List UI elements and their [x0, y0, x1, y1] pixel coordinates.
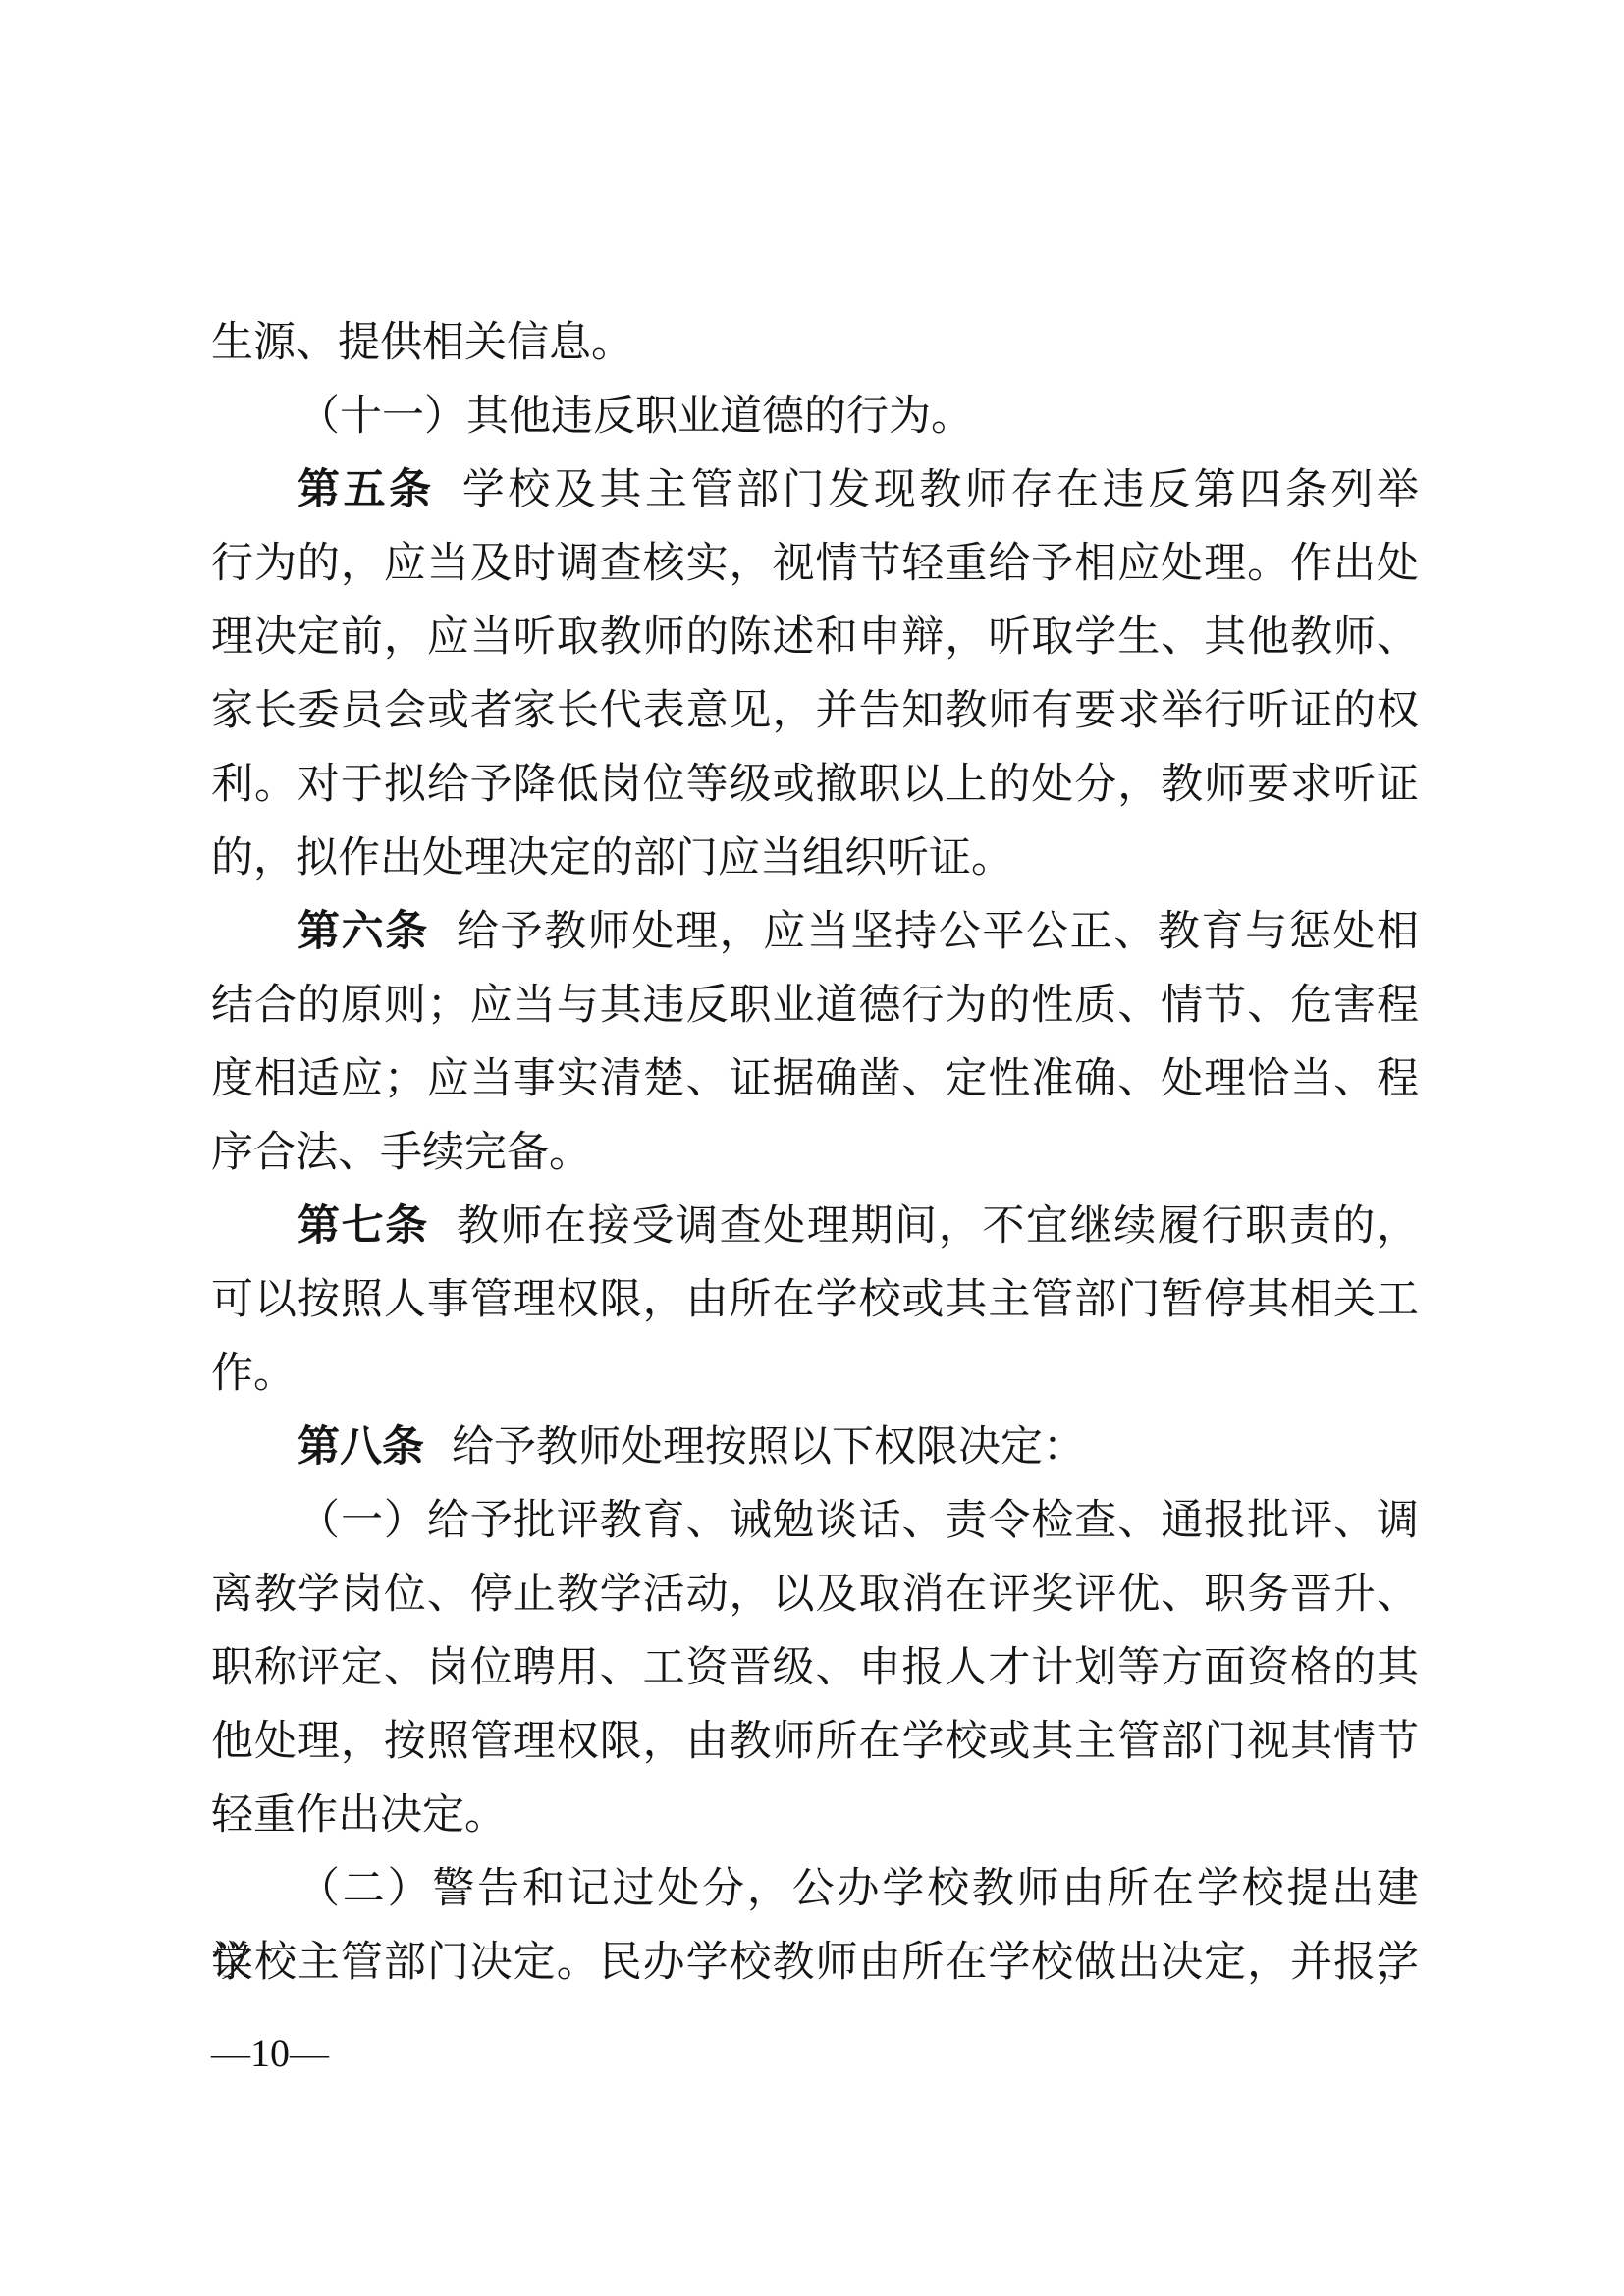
line-text: 离教学岗位、停止教学活动，以及取消在评奖评优、职务晋升、: [211, 1572, 1419, 1618]
line-text: 轻重作出决定。: [211, 1792, 507, 1839]
line-text: 度相适应；应当事实清楚、证据确凿、定性准确、处理恰当、程: [211, 1056, 1419, 1102]
text-line: 第八条给予教师处理按照以下权限决定：: [211, 1411, 1419, 1484]
line-text: 职称评定、岗位聘用、工资晋级、申报人才计划等方面资格的其: [211, 1645, 1419, 1691]
text-line: （二）警告和记过处分，公办学校教师由所在学校提出建议，: [211, 1852, 1419, 1926]
text-line: 离教学岗位、停止教学活动，以及取消在评奖评优、职务晋升、: [211, 1558, 1419, 1631]
text-line: （一）给予批评教育、诫勉谈话、责令检查、通报批评、调: [211, 1484, 1419, 1558]
text-line: 结合的原则；应当与其违反职业道德行为的性质、情节、危害程: [211, 969, 1419, 1042]
document-page: 生源、提供相关信息。 （十一）其他违反职业道德的行为。 第五条学校及其主管部门发…: [0, 0, 1624, 2296]
text-line: 第七条教师在接受调查处理期间，不宜继续履行职责的，: [211, 1190, 1419, 1263]
text-line: 家长委员会或者家长代表意见，并告知教师有要求举行听证的权: [211, 674, 1419, 748]
article-number: 第五条: [298, 467, 435, 513]
line-text: 教师在接受调查处理期间，不宜继续履行职责的，: [457, 1203, 1419, 1250]
line-text: （一）给予批评教育、诫勉谈话、责令检查、通报批评、调: [298, 1498, 1419, 1544]
article-number: 第八条: [298, 1424, 424, 1470]
line-text: 序合法、手续完备。: [211, 1130, 591, 1176]
text-line: 序合法、手续完备。: [211, 1116, 1419, 1190]
line-text: 学校主管部门决定。民办学校教师由所在学校做出决定，并报学: [211, 1940, 1419, 1986]
line-text: 给予教师处理按照以下权限决定：: [452, 1424, 1085, 1470]
text-line: 作。: [211, 1337, 1419, 1411]
line-text: 可以按照人事管理权限，由所在学校或其主管部门暂停其相关工: [211, 1277, 1419, 1323]
line-text: 利。对于拟给予降低岗位等级或撤职以上的处分，教师要求听证: [211, 762, 1419, 808]
line-text: 他处理，按照管理权限，由教师所在学校或其主管部门视其情节: [211, 1719, 1419, 1765]
line-text: 的，拟作出处理决定的部门应当组织听证。: [211, 835, 1013, 881]
text-line: 的，拟作出处理决定的部门应当组织听证。: [211, 822, 1419, 895]
text-line: 度相适应；应当事实清楚、证据确凿、定性准确、处理恰当、程: [211, 1042, 1419, 1116]
text-line: （十一）其他违反职业道德的行为。: [211, 380, 1419, 454]
text-line: 第六条给予教师处理，应当坚持公平公正、教育与惩处相: [211, 895, 1419, 969]
text-line: 行为的，应当及时调查核实，视情节轻重给予相应处理。作出处: [211, 527, 1419, 601]
line-text: 学校及其主管部门发现教师存在违反第四条列举: [462, 467, 1419, 513]
text-line: 学校主管部门决定。民办学校教师由所在学校做出决定，并报学: [211, 1926, 1419, 2000]
text-line: 可以按照人事管理权限，由所在学校或其主管部门暂停其相关工: [211, 1263, 1419, 1337]
text-line: 生源、提供相关信息。: [211, 306, 1419, 380]
line-text: 结合的原则；应当与其违反职业道德行为的性质、情节、危害程: [211, 983, 1419, 1029]
article-number: 第七条: [298, 1203, 429, 1250]
line-text: 生源、提供相关信息。: [211, 320, 633, 366]
line-text: 行为的，应当及时调查核实，视情节轻重给予相应处理。作出处: [211, 541, 1419, 587]
article-number: 第六条: [298, 909, 429, 955]
line-text: 作。: [211, 1351, 296, 1397]
text-line: 第五条学校及其主管部门发现教师存在违反第四条列举: [211, 454, 1419, 527]
line-text: 家长委员会或者家长代表意见，并告知教师有要求举行听证的权: [211, 688, 1419, 734]
text-line: 利。对于拟给予降低岗位等级或撤职以上的处分，教师要求听证: [211, 748, 1419, 822]
text-line: 他处理，按照管理权限，由教师所在学校或其主管部门视其情节: [211, 1705, 1419, 1779]
line-text: 理决定前，应当听取教师的陈述和申辩，听取学生、其他教师、: [211, 614, 1419, 661]
line-text: （十一）其他违反职业道德的行为。: [298, 394, 973, 440]
page-number: —10—: [211, 2024, 329, 2083]
document-body: 生源、提供相关信息。 （十一）其他违反职业道德的行为。 第五条学校及其主管部门发…: [211, 306, 1419, 2000]
text-line: 理决定前，应当听取教师的陈述和申辩，听取学生、其他教师、: [211, 601, 1419, 674]
text-line: 职称评定、岗位聘用、工资晋级、申报人才计划等方面资格的其: [211, 1631, 1419, 1705]
line-text: 给予教师处理，应当坚持公平公正、教育与惩处相: [457, 909, 1419, 955]
text-line: 轻重作出决定。: [211, 1779, 1419, 1852]
